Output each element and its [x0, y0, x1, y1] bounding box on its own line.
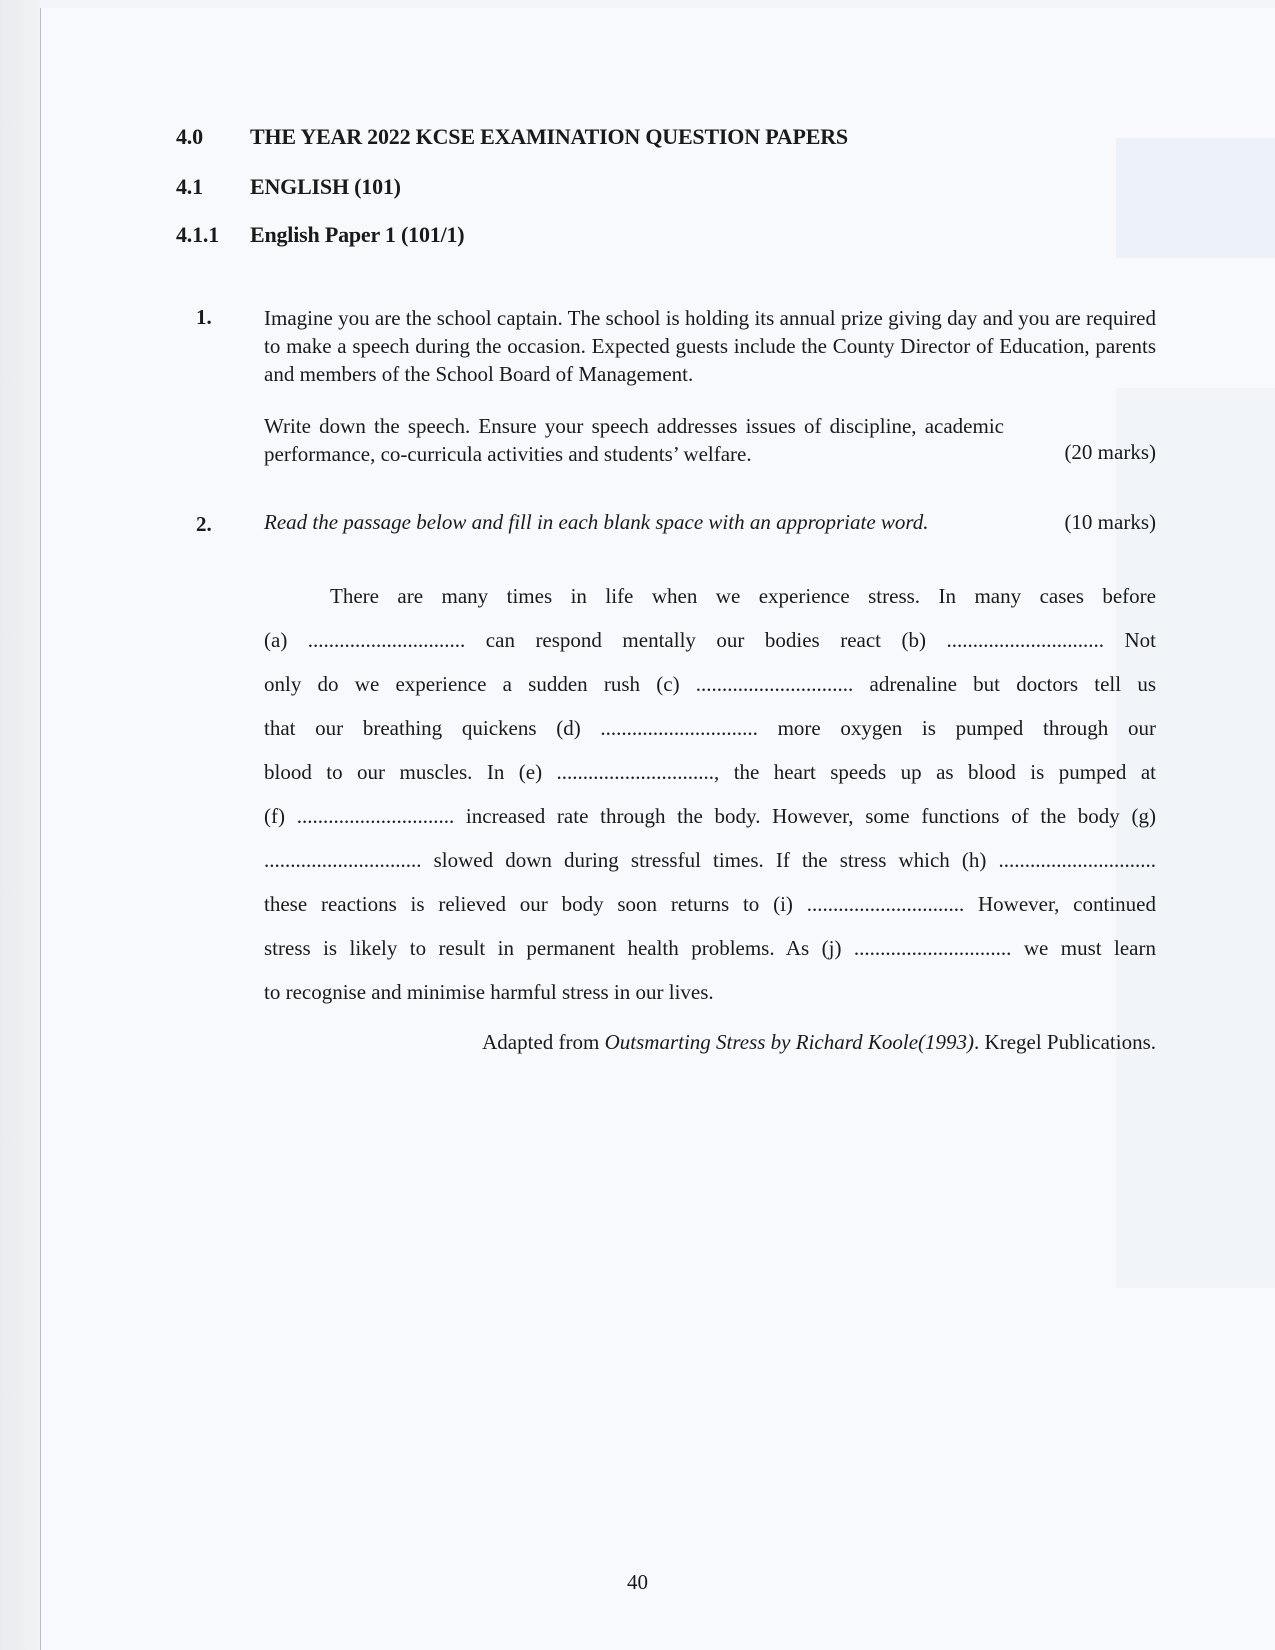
passage-line: these reactions is relieved our body soo… — [264, 882, 1156, 926]
question-number: 1. — [196, 305, 212, 330]
question-2-instruction: Read the passage below and fill in each … — [264, 510, 929, 535]
heading-number: 4.1 — [176, 174, 203, 200]
passage-line: only do we experience a sudden rush (c) … — [264, 662, 1156, 706]
passage-line: blood to our muscles. In (e) ...........… — [264, 750, 1156, 794]
page-number: 40 — [0, 1570, 1275, 1595]
question-1-marks: (20 marks) — [1064, 440, 1156, 465]
attribution-source: Outsmarting Stress by Richard Koole(1993… — [605, 1030, 974, 1054]
question-2-marks: (10 marks) — [1064, 510, 1156, 535]
passage-line: stress is likely to result in permanent … — [264, 926, 1156, 970]
bleed-through-shadow — [1116, 138, 1275, 258]
scan-edge-shadow — [0, 0, 40, 1650]
passage-line: that our breathing quickens (d) ........… — [264, 706, 1156, 750]
passage-attribution: Adapted from Outsmarting Stress by Richa… — [482, 1030, 1156, 1055]
heading-title: ENGLISH (101) — [250, 174, 401, 200]
attribution-suffix: . Kregel Publications. — [974, 1030, 1156, 1054]
passage-line: (f) .............................. incre… — [264, 794, 1156, 838]
passage-line: There are many times in life when we exp… — [264, 574, 1156, 618]
passage-line: to recognise and minimise harmful stress… — [264, 970, 1156, 1014]
question-1-prompt: Imagine you are the school captain. The … — [264, 304, 1156, 388]
attribution-prefix: Adapted from — [482, 1030, 604, 1054]
heading-number: 4.0 — [176, 124, 203, 150]
passage-line: .............................. slowed do… — [264, 838, 1156, 882]
heading-title: English Paper 1 (101/1) — [250, 222, 464, 248]
heading-title: THE YEAR 2022 KCSE EXAMINATION QUESTION … — [250, 124, 848, 150]
question-number: 2. — [196, 512, 212, 537]
question-1-task: Write down the speech. Ensure your speec… — [264, 412, 1004, 468]
heading-number: 4.1.1 — [176, 222, 219, 248]
passage-line: (a) .............................. can r… — [264, 618, 1156, 662]
cloze-passage: There are many times in life when we exp… — [264, 574, 1156, 1014]
